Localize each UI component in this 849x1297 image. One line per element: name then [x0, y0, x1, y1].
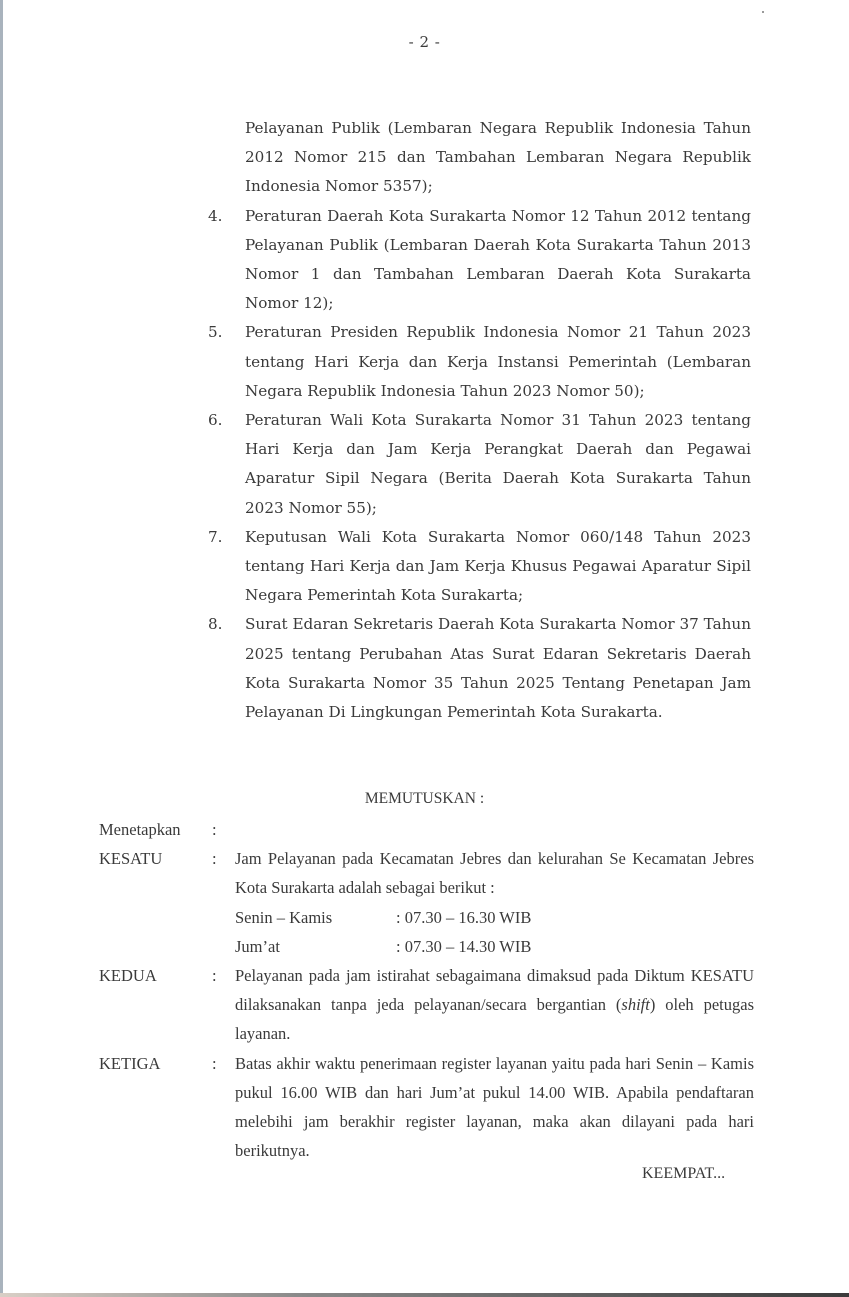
list-number: 7.	[208, 523, 245, 611]
list-item: 4. Peraturan Daerah Kota Surakarta Nomor…	[208, 202, 751, 319]
decree-label: KETIGA	[99, 1049, 212, 1166]
decree-row-kesatu: KESATU : Jam Pelayanan pada Kecamatan Je…	[99, 844, 754, 961]
list-text: Peraturan Presiden Republik Indonesia No…	[245, 318, 751, 406]
schedule-hours: : 07.30 – 16.30 WIB	[396, 903, 531, 932]
schedule-day: Senin – Kamis	[235, 903, 396, 932]
decree-row-menetapkan: Menetapkan :	[99, 815, 754, 844]
decree-row-kedua: KEDUA : Pelayanan pada jam istirahat seb…	[99, 961, 754, 1049]
list-text: Peraturan Wali Kota Surakarta Nomor 31 T…	[245, 406, 751, 523]
list-number: 8.	[208, 610, 245, 727]
list-item: 5. Peraturan Presiden Republik Indonesia…	[208, 318, 751, 406]
list-number: 5.	[208, 318, 245, 406]
schedule-row: Senin – Kamis : 07.30 – 16.30 WIB	[235, 903, 754, 932]
list-item: 6. Peraturan Wali Kota Surakarta Nomor 3…	[208, 406, 751, 523]
legal-basis-list: Pelayanan Publik (Lembaran Negara Republ…	[208, 114, 751, 727]
decree-text: Jam Pelayanan pada Kecamatan Jebres dan …	[235, 844, 754, 902]
next-page-catchword: KEEMPAT...	[642, 1165, 725, 1183]
decree-colon: :	[212, 961, 235, 1049]
decision-heading: MEMUTUSKAN :	[0, 790, 849, 808]
decree-label: Menetapkan	[99, 815, 212, 844]
scan-bottom-edge	[0, 1293, 849, 1297]
decree-colon: :	[212, 815, 235, 844]
italic-term: shift	[621, 995, 649, 1014]
decree-text: Pelayanan pada jam istirahat sebagaimana…	[235, 961, 754, 1049]
schedule-day: Jum’at	[235, 932, 396, 961]
list-text: Keputusan Wali Kota Surakarta Nomor 060/…	[245, 523, 751, 611]
decree-colon: :	[212, 844, 235, 961]
schedule-row: Jum’at : 07.30 – 14.30 WIB	[235, 932, 754, 961]
list-item: 8. Surat Edaran Sekretaris Daerah Kota S…	[208, 610, 751, 727]
list-text: Pelayanan Publik (Lembaran Negara Republ…	[245, 114, 751, 202]
decree-colon: :	[212, 1049, 235, 1166]
list-text: Peraturan Daerah Kota Surakarta Nomor 12…	[245, 202, 751, 319]
decree-text: Batas akhir waktu penerimaan register la…	[235, 1049, 754, 1166]
decree-label: KESATU	[99, 844, 212, 961]
decree-section: Menetapkan : KESATU : Jam Pelayanan pada…	[99, 815, 754, 1165]
decree-row-ketiga: KETIGA : Batas akhir waktu penerimaan re…	[99, 1049, 754, 1166]
list-number: 4.	[208, 202, 245, 319]
scan-left-edge	[0, 0, 3, 1297]
decree-label: KEDUA	[99, 961, 212, 1049]
page-number: - 2 -	[0, 33, 849, 51]
list-item: Pelayanan Publik (Lembaran Negara Republ…	[208, 114, 751, 202]
list-item: 7. Keputusan Wali Kota Surakarta Nomor 0…	[208, 523, 751, 611]
schedule-hours: : 07.30 – 14.30 WIB	[396, 932, 531, 961]
scan-speck	[762, 11, 764, 13]
list-number: 6.	[208, 406, 245, 523]
list-text: Surat Edaran Sekretaris Daerah Kota Sura…	[245, 610, 751, 727]
